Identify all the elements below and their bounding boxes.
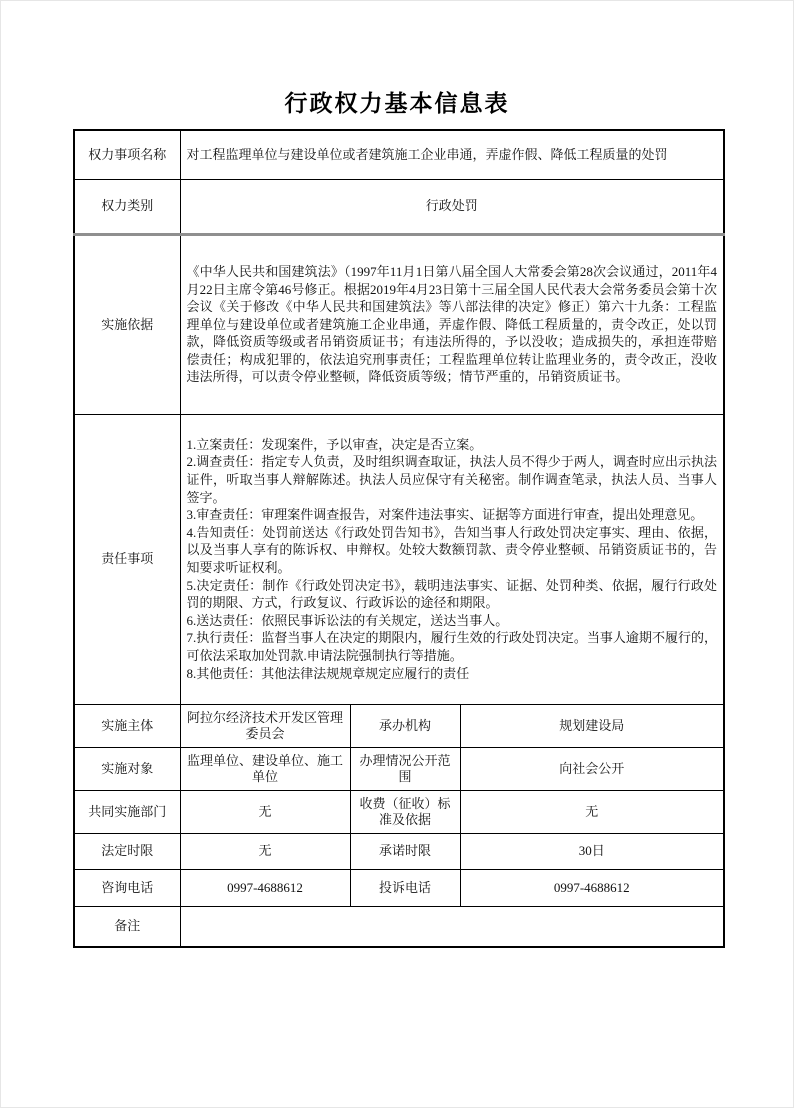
- document-page: 行政权力基本信息表 权力事项名称 对工程监理单位与建设单位或者建筑施工企业串通，…: [0, 0, 794, 1108]
- disclosure-value: 向社会公开: [460, 747, 724, 790]
- implementer-value: 阿拉尔经济技术开发区管理委员会: [180, 704, 350, 747]
- legal-basis-value: 《中华人民共和国建筑法》（1997年11月1日第八届全国人大常委会第28次会议通…: [180, 234, 724, 414]
- responsibility-item: 7.执行责任：监督当事人在决定的期限内，履行生效的行政处罚决定。当事人逾期不履行…: [187, 629, 718, 664]
- fee-standard-label: 收费（征收）标准及依据: [350, 790, 460, 833]
- page-title: 行政权力基本信息表: [1, 1, 793, 118]
- responsibility-item: 5.决定责任：制作《行政处罚决定书》，载明违法事实、证据、处罚种类、依据，履行行…: [187, 577, 718, 612]
- consult-phone-value: 0997-4688612: [180, 869, 350, 906]
- responsibilities-list: 1.立案责任：发现案件，予以审查，决定是否立案。2.调查责任：指定专人负责，及时…: [187, 436, 718, 682]
- responsibility-item: 3.审查责任：审理案件调查报告，对案件违法事实、证据等方面进行审查，提出处理意见…: [187, 506, 718, 524]
- item-name-label: 权力事项名称: [74, 130, 180, 179]
- target-label: 实施对象: [74, 747, 180, 790]
- power-type-label: 权力类别: [74, 179, 180, 234]
- implementer-label: 实施主体: [74, 704, 180, 747]
- info-table: 权力事项名称 对工程监理单位与建设单位或者建筑施工企业串通，弄虚作假、降低工程质…: [73, 129, 725, 948]
- joint-dept-value: 无: [180, 790, 350, 833]
- disclosure-label: 办理情况公开范围: [350, 747, 460, 790]
- row-implementer: 实施主体 阿拉尔经济技术开发区管理委员会 承办机构 规划建设局: [74, 704, 724, 747]
- target-value: 监理单位、建设单位、施工单位: [180, 747, 350, 790]
- row-time-limit: 法定时限 无 承诺时限 30日: [74, 833, 724, 869]
- legal-limit-value: 无: [180, 833, 350, 869]
- fee-standard-value: 无: [460, 790, 724, 833]
- undertaker-value: 规划建设局: [460, 704, 724, 747]
- row-target: 实施对象 监理单位、建设单位、施工单位 办理情况公开范围 向社会公开: [74, 747, 724, 790]
- complaint-phone-label: 投诉电话: [350, 869, 460, 906]
- undertaker-label: 承办机构: [350, 704, 460, 747]
- legal-limit-label: 法定时限: [74, 833, 180, 869]
- row-remark: 备注: [74, 906, 724, 947]
- promise-limit-value: 30日: [460, 833, 724, 869]
- responsibility-item: 2.调查责任：指定专人负责，及时组织调查取证，执法人员不得少于两人，调查时应出示…: [187, 453, 718, 506]
- row-joint-dept: 共同实施部门 无 收费（征收）标准及依据 无: [74, 790, 724, 833]
- row-legal-basis: 实施依据 《中华人民共和国建筑法》（1997年11月1日第八届全国人大常委会第2…: [74, 234, 724, 414]
- complaint-phone-value: 0997-4688612: [460, 869, 724, 906]
- remark-value: [180, 906, 724, 947]
- promise-limit-label: 承诺时限: [350, 833, 460, 869]
- responsibilities-label: 责任事项: [74, 414, 180, 704]
- row-item-name: 权力事项名称 对工程监理单位与建设单位或者建筑施工企业串通，弄虚作假、降低工程质…: [74, 130, 724, 179]
- joint-dept-label: 共同实施部门: [74, 790, 180, 833]
- item-name-value: 对工程监理单位与建设单位或者建筑施工企业串通，弄虚作假、降低工程质量的处罚: [180, 130, 724, 179]
- responsibilities-cell: 1.立案责任：发现案件，予以审查，决定是否立案。2.调查责任：指定专人负责，及时…: [180, 414, 724, 704]
- power-type-value: 行政处罚: [180, 179, 724, 234]
- consult-phone-label: 咨询电话: [74, 869, 180, 906]
- row-responsibilities: 责任事项 1.立案责任：发现案件，予以审查，决定是否立案。2.调查责任：指定专人…: [74, 414, 724, 704]
- remark-label: 备注: [74, 906, 180, 947]
- responsibility-item: 4.告知责任：处罚前送达《行政处罚告知书》，告知当事人行政处罚决定事实、理由、依…: [187, 524, 718, 577]
- responsibility-item: 6.送达责任：依照民事诉讼法的有关规定，送达当事人。: [187, 612, 718, 630]
- legal-basis-label: 实施依据: [74, 234, 180, 414]
- responsibility-item: 1.立案责任：发现案件，予以审查，决定是否立案。: [187, 436, 718, 454]
- row-power-type: 权力类别 行政处罚: [74, 179, 724, 234]
- row-phones: 咨询电话 0997-4688612 投诉电话 0997-4688612: [74, 869, 724, 906]
- responsibility-item: 8.其他责任：其他法律法规规章规定应履行的责任: [187, 665, 718, 683]
